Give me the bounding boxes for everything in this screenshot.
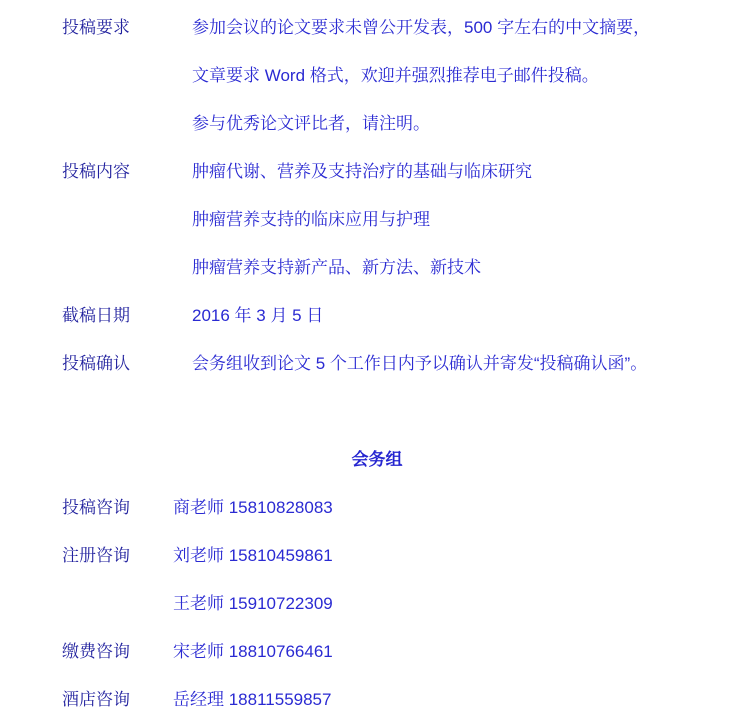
row-contact-registration-cont: 王老师 15910722309 (62, 577, 754, 625)
submission-requirements-line-2: 文章要求 Word 格式，欢迎并强烈推荐电子邮件投稿。 (192, 61, 599, 86)
conference-notice-page: 投稿要求 参加会议的论文要求未曾公开发表，500 字左右的中文摘要， 文章要求 … (0, 0, 754, 727)
contact-payment-value: 宋老师 18810766461 (173, 637, 333, 662)
row-deadline: 截稿日期 2016 年 3 月 5 日 (62, 289, 754, 337)
committee-heading: 会务组 (352, 445, 403, 470)
confirmation-value: 会务组收到论文 5 个工作日内予以确认并寄发“投稿确认函”。 (192, 349, 647, 374)
row-submission-topics-cont: 肿瘤营养支持新产品、新方法、新技术 (62, 241, 754, 289)
row-contact-registration: 注册咨询 刘老师 15810459861 (62, 529, 754, 577)
row-contact-payment: 缴费咨询 宋老师 18810766461 (62, 625, 754, 673)
contact-hotel-label: 酒店咨询 (62, 685, 173, 710)
submission-topics-line-2: 肿瘤营养支持的临床应用与护理 (192, 205, 430, 230)
contact-registration-label: 注册咨询 (62, 541, 173, 566)
submission-topics-line-1: 肿瘤代谢、营养及支持治疗的基础与临床研究 (192, 157, 532, 182)
contact-payment-label: 缴费咨询 (62, 637, 173, 662)
submission-topics-line-3: 肿瘤营养支持新产品、新方法、新技术 (192, 253, 481, 278)
contact-hotel-value: 岳经理 18811559857 (173, 685, 331, 710)
row-submission-requirements-cont: 参与优秀论文评比者，请注明。 (62, 97, 754, 145)
row-submission-requirements-cont: 文章要求 Word 格式，欢迎并强烈推荐电子邮件投稿。 (62, 49, 754, 97)
row-contact-submission: 投稿咨询 商老师 15810828083 (62, 481, 754, 529)
submission-requirements-line-3: 参与优秀论文评比者，请注明。 (192, 109, 430, 134)
contact-submission-label: 投稿咨询 (62, 493, 173, 518)
submission-requirements-label: 投稿要求 (62, 13, 192, 38)
contact-registration-value-2: 王老师 15910722309 (173, 589, 333, 614)
contact-submission-value: 商老师 15810828083 (173, 493, 333, 518)
deadline-value: 2016 年 3 月 5 日 (192, 301, 323, 326)
deadline-label: 截稿日期 (62, 301, 192, 326)
row-submission-topics-cont: 肿瘤营养支持的临床应用与护理 (62, 193, 754, 241)
contact-registration-value: 刘老师 15810459861 (173, 541, 333, 566)
row-contact-hotel: 酒店咨询 岳经理 18811559857 (62, 673, 754, 721)
confirmation-label: 投稿确认 (62, 349, 192, 374)
row-committee-heading: 会务组 (0, 433, 754, 481)
submission-topics-label: 投稿内容 (62, 157, 192, 182)
submission-requirements-line-1: 参加会议的论文要求未曾公开发表，500 字左右的中文摘要， (192, 13, 650, 38)
row-confirmation: 投稿确认 会务组收到论文 5 个工作日内予以确认并寄发“投稿确认函”。 (62, 337, 754, 385)
section-gap (62, 385, 754, 433)
row-submission-requirements: 投稿要求 参加会议的论文要求未曾公开发表，500 字左右的中文摘要， (62, 1, 754, 49)
row-submission-topics: 投稿内容 肿瘤代谢、营养及支持治疗的基础与临床研究 (62, 145, 754, 193)
